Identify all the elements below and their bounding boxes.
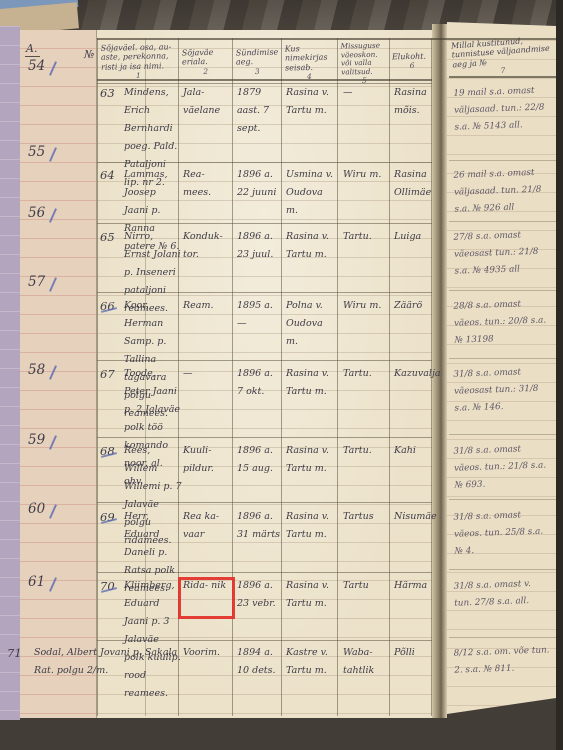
- margin-number: 60: [28, 501, 64, 517]
- entry-eriala: Jala- väelane: [183, 84, 230, 120]
- entry-number: 65: [100, 228, 126, 246]
- entry-birthdate: 1894 a. 10 dets.: [237, 644, 280, 680]
- header-missuguse: Missuguse väeoskon. või valla valitsud.5: [341, 42, 388, 87]
- entry-register-place: Rasina v. Tartu m.: [286, 508, 335, 544]
- entry-notes: 28/8 s.a. omast väeos. tun.: 20/8 s.a. №…: [453, 295, 552, 349]
- entry-residence: Põlli: [394, 644, 436, 662]
- blue-pen-mark: [49, 61, 57, 76]
- blue-pen-mark: [101, 307, 117, 313]
- entry-number: 69: [100, 508, 126, 526]
- entry-register-place: Kastre v. Tartu m.: [286, 644, 335, 680]
- entry-notes: 31/8 s.a. omast väeos. tun.: 21/8 s.a. №…: [453, 440, 552, 494]
- entry-residence: Rasina Ollimäe: [394, 166, 436, 202]
- entry-number: 70: [100, 577, 126, 595]
- entry-authority: Waba- tahtlik: [343, 644, 387, 680]
- header-missuguse-label: Missuguse väeoskon. või valla valitsud.: [341, 41, 381, 77]
- entry-eriala: Kuuli- pildur.: [183, 442, 230, 478]
- entry-notes: 31/8 s.a. omast väeosast tun.: 31/8 s.a.…: [453, 363, 552, 417]
- entry-authority: Tartu: [343, 577, 387, 595]
- header-eriala-label: Sõjaväe eriala.: [182, 48, 214, 67]
- entry-birthdate: 1896 a. 15 aug.: [237, 442, 280, 478]
- entry-residence: Zäärö: [394, 297, 436, 315]
- entry-number: 64: [100, 166, 126, 184]
- entry-birthdate: 1896 a. 23 vebr.: [237, 577, 280, 613]
- entry-notes: 26 mail s.a. omast väljasaad. tun. 21/8 …: [453, 164, 552, 218]
- table-row: 68 Rees, Willem Willemi p. 7 Jalaväe pol…: [97, 440, 556, 502]
- header-notes: Millal kustitunud, tunnistuse väljaandmi…: [451, 35, 553, 80]
- ledger-photo: A. № 54 55 56 57 58 59 60 61 Sõjaväel. o…: [0, 0, 563, 750]
- entry-register-place: Rasina v. Tartu m.: [286, 577, 335, 613]
- entry-residence: Luiga: [394, 228, 436, 246]
- blue-pen-mark: [101, 587, 117, 593]
- header-name-num: 1: [101, 72, 175, 82]
- margin-number: 55: [28, 144, 64, 160]
- entry-number: 63: [100, 84, 126, 102]
- header-kus-label: Kus nimekirjas seisab.: [285, 44, 328, 72]
- entry-authority: Tartus: [343, 508, 387, 526]
- entry-name: Sodal, Albert Jovani p. Sakala Rat. polg…: [34, 644, 184, 680]
- entry-birthdate: 1896 a. 22 juuni: [237, 166, 280, 202]
- entry-eriala: —: [183, 365, 230, 383]
- blue-pen-mark: [49, 504, 57, 519]
- table-row: 71 Sodal, Albert Jovani p. Sakala Rat. p…: [97, 642, 556, 716]
- header-elukoht: Elukoht.6: [392, 52, 432, 72]
- entry-authority: Wiru m.: [343, 297, 387, 315]
- table-row: 69 Herr, Eduard Daneli p. Ratsa polk rea…: [97, 506, 556, 572]
- entry-eriala: Rea ka- vaar: [183, 508, 230, 544]
- entry-residence: Härma: [394, 577, 436, 595]
- entry-authority: Tartu.: [343, 228, 387, 246]
- entry-register-place: Rasina v. Tartu m.: [286, 365, 335, 401]
- blue-pen-mark: [49, 365, 57, 380]
- book-edge-right: [556, 0, 563, 750]
- margin-number-label: 60: [28, 501, 45, 517]
- entry-residence: Rasina mõis.: [394, 84, 436, 120]
- margin-number-label: 57: [28, 274, 45, 290]
- margin-number-label: 59: [28, 432, 45, 448]
- margin-header-a: A.: [25, 42, 40, 57]
- margin-number: 54: [28, 58, 64, 74]
- table-row: 70 Kliimberg, Eduard Jaani p. 3 Jalaväe …: [97, 575, 556, 640]
- margin-number-label: 58: [28, 362, 45, 378]
- red-highlight-box: [178, 577, 235, 619]
- entry-authority: —: [343, 84, 387, 102]
- entry-notes: 8/12 s.a. om. võe tun. 2. s.a. № 811.: [453, 642, 551, 679]
- blue-pen-mark: [101, 518, 117, 524]
- entry-register-place: Usmina v. Oudova m.: [286, 166, 335, 220]
- entry-birthdate: 1896 a. 31 märts: [237, 508, 280, 544]
- margin-number: 59: [28, 432, 64, 448]
- entry-number: 68: [100, 442, 126, 460]
- entry-authority: Wiru m.: [343, 166, 387, 184]
- margin-number-label: 54: [28, 58, 45, 74]
- entry-authority: Tartu.: [343, 365, 387, 383]
- entry-residence: Kazuvalja: [394, 365, 436, 383]
- header-eriala: Sõjaväe eriala.2: [182, 48, 230, 78]
- blue-pen-mark: [49, 147, 57, 162]
- entry-notes: 31/8 s.a. omast v. tun. 27/8 s.a. all.: [453, 575, 551, 612]
- entry-residence: Nisumäe: [394, 508, 436, 526]
- entry-number: 71: [7, 644, 33, 662]
- margin-header-no: №: [84, 48, 94, 61]
- entry-notes: 27/8 s.a. omast väeosast tun.: 21/8 s.a.…: [453, 226, 552, 280]
- margin-number: 58: [28, 362, 64, 378]
- entry-birthdate: 1879 aast. 7 sept.: [237, 84, 280, 138]
- entry-register-place: Polna v. Oudova m.: [286, 297, 335, 351]
- header-kus: Kus nimekirjas seisab.4: [285, 44, 334, 83]
- margin-number: 56: [28, 205, 64, 221]
- entry-notes: 31/8 s.a. omast väeos. tun. 25/8 s.a. № …: [453, 506, 552, 560]
- entry-birthdate: 1895 a. —: [237, 297, 280, 333]
- margin-number-label: 61: [28, 574, 45, 590]
- header-elukoht-label: Elukoht.: [392, 52, 426, 62]
- header-name-label: Sõjaväel. osa, au-aste, perekonna, risti…: [101, 42, 172, 71]
- entry-residence: Kahi: [394, 442, 436, 460]
- lilac-page-edge: [0, 26, 20, 720]
- header-eriala-num: 2: [182, 67, 229, 77]
- margin-number-label: 55: [28, 144, 45, 160]
- margin-number: 57: [28, 274, 64, 290]
- entry-register-place: Rasina v. Tartu m.: [286, 84, 335, 120]
- header-sund-label: Sündimise aeg.: [236, 48, 279, 67]
- blue-pen-mark: [49, 277, 57, 292]
- header-name: Sõjaväel. osa, au-aste, perekonna, risti…: [101, 42, 176, 82]
- table-row: 64 Lammas, Joosep Jaani p. Ranna patere …: [97, 164, 556, 223]
- entry-eriala: Voorim.: [183, 644, 230, 662]
- blue-pen-mark: [49, 435, 57, 450]
- entry-birthdate: 1896 a. 7 okt.: [237, 365, 280, 401]
- entry-register-place: Rasina v. Tartu m.: [286, 228, 335, 264]
- table-row: 65 Nirro, Ernst Jolani p. Inseneri patal…: [97, 226, 556, 292]
- entry-number: 66: [100, 297, 126, 315]
- entry-register-place: Rasina v. Tartu m.: [286, 442, 335, 478]
- entry-eriala: Rea- mees.: [183, 166, 230, 202]
- blue-pen-mark: [49, 208, 57, 223]
- header-sund-num: 3: [236, 67, 278, 77]
- blue-pen-mark: [101, 452, 117, 458]
- margin-number-label: 56: [28, 205, 45, 221]
- header-sund: Sündimise aeg.3: [236, 48, 279, 78]
- margin-number: 61: [28, 574, 64, 590]
- entry-notes: 19 mail s.a. omast väljasaad. tun.: 22/8…: [453, 82, 552, 136]
- entry-number: 67: [100, 365, 126, 383]
- blue-pen-mark: [49, 577, 57, 592]
- table-row: 67 Toode, Peter Jaani p. 2 Jalaväe polk …: [97, 363, 556, 437]
- table-row: 66 Koor, Herman Samp. p. Tallina tagavar…: [97, 295, 556, 360]
- entry-eriala: Konduk- tor.: [183, 228, 230, 264]
- entry-eriala: Ream.: [183, 297, 230, 315]
- entry-birthdate: 1896 a. 23 juul.: [237, 228, 280, 264]
- header-elukoht-num: 6: [392, 62, 432, 72]
- table-row: 63 Mindens, Erich Bernhardi poeg. Pald. …: [97, 82, 556, 162]
- entry-authority: Tartu.: [343, 442, 387, 460]
